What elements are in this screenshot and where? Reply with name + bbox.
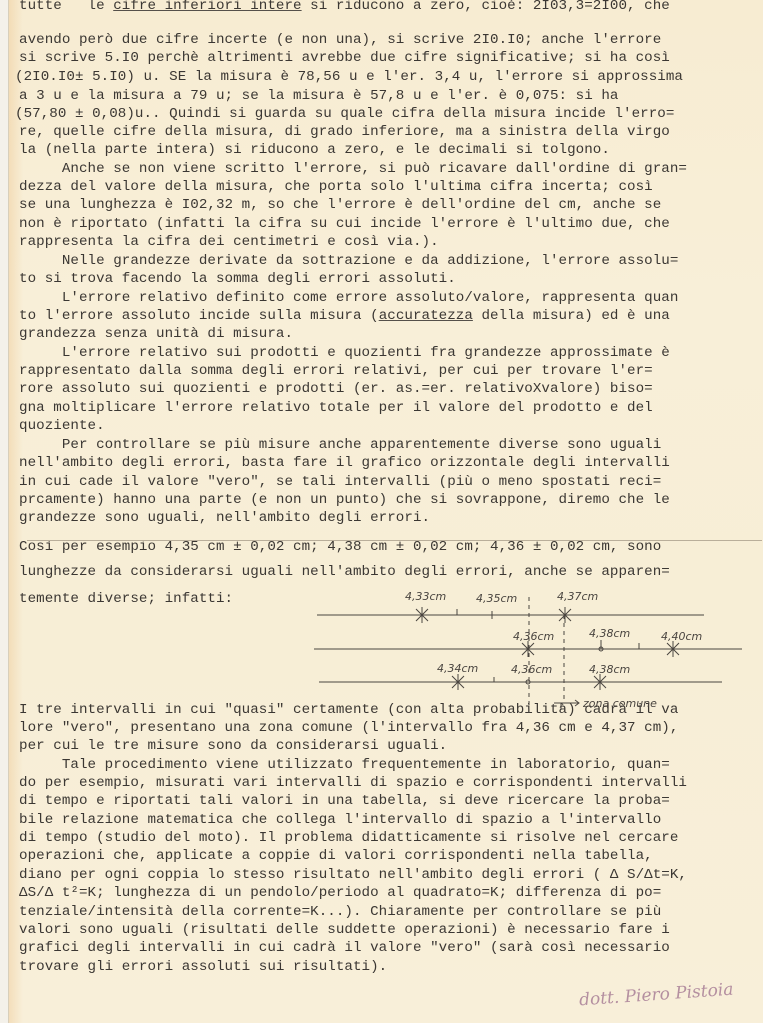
label-4-34: 4,34cm xyxy=(437,662,478,675)
text-line: quoziente. xyxy=(19,418,105,434)
text-line: per cui le tre misure sono da considerar… xyxy=(19,738,447,754)
label-4-40: 4,40cm xyxy=(661,630,702,643)
underlined-text: accuratezza xyxy=(379,308,473,324)
text-line: Per controllare se più misure anche appa… xyxy=(19,437,661,453)
text-line: re, quelle cifre della misura, di grado … xyxy=(19,124,670,140)
text-line: L'errore relativo sui prodotti e quozien… xyxy=(19,345,670,361)
text-line: gna moltiplicare l'errore relativo total… xyxy=(19,400,653,416)
text-line: lunghezze da considerarsi uguali nell'am… xyxy=(19,564,670,580)
text-line: la (nella parte intera) si riducono a ze… xyxy=(19,142,610,158)
text-line: di tempo (studio del moto). Il problema … xyxy=(19,830,678,846)
text-line: L'errore relativo definito come errore a… xyxy=(19,290,678,306)
text-line: rappresenta la cifra dei centimetri e co… xyxy=(19,234,439,250)
signature: dott. Piero Pistoia xyxy=(578,980,734,1011)
label-4-36-row3: 4,36cm xyxy=(511,663,552,676)
label-4-38-row2: 4,38cm xyxy=(589,627,630,640)
text-line: (57,80 ± 0,08)u.. Quindi si guarda su qu… xyxy=(15,106,674,122)
underlined-text: cifre inferiori intere xyxy=(113,0,301,14)
text-line: rappresentato dalla somma degli errori r… xyxy=(19,363,653,379)
text-line: prcamente) hanno una parte (e non un pun… xyxy=(19,492,670,508)
text-line: Così per esempio 4,35 cm ± 0,02 cm; 4,38… xyxy=(19,539,661,555)
text-line: Anche se non viene scritto l'errore, si … xyxy=(19,161,687,177)
label-4-36-row2: 4,36cm xyxy=(513,630,554,643)
text-line: grandezza senza unità di misura. xyxy=(19,326,293,342)
text-line: operazioni che, applicate a coppie di va… xyxy=(19,848,653,864)
text-line: lore "vero", presentano una zona comune … xyxy=(19,720,678,736)
label-4-35: 4,35cm xyxy=(476,592,517,605)
text-line: (2I0.I0± 5.I0) u. SE la misura è 78,56 u… xyxy=(15,69,683,85)
text-line: a 3 u e la misura a 79 u; se la misura è… xyxy=(19,88,618,104)
label-4-33: 4,33cm xyxy=(405,590,446,603)
document-page: tutte le cifre inferiori intere si riduc… xyxy=(8,0,763,1023)
text-line: do per esempio, misurati vari intervalli… xyxy=(19,775,687,791)
text-line: non è riportato (infatti la cifra su cui… xyxy=(19,216,670,232)
text-line: nell'ambito degli errori, basta fare il … xyxy=(19,455,670,471)
text-line: ΔS/Δ t²=K; lunghezza di un pendolo/perio… xyxy=(19,885,661,901)
text-line: se una lunghezza è I02,32 m, so che l'er… xyxy=(19,197,661,213)
label-4-38-row3: 4,38cm xyxy=(589,663,630,676)
text-line: Tale procedimento viene utilizzato frequ… xyxy=(19,757,670,773)
text-line: in cui cade il valore "vero", se tali in… xyxy=(19,474,661,490)
text-line: grandezze sono uguali, nell'ambito degli… xyxy=(19,510,430,526)
text-line: tenziale/intensità della corrente=K...).… xyxy=(19,904,661,920)
text-line: diano per ogni coppia lo stesso risultat… xyxy=(19,867,687,883)
common-zone-label: zona comune xyxy=(582,697,657,710)
text-line: to si trova facendo la somma degli error… xyxy=(19,271,456,287)
text-line: dezza del valore della misura, che porta… xyxy=(19,179,653,195)
text-line: di tempo e riportati tali valori in una … xyxy=(19,793,670,809)
text-line: si scrive 5.I0 perchè altrimenti avrebbe… xyxy=(19,50,670,66)
interval-diagram: 4,33cm 4,35cm 4,37cm 4,36cm 4,38cm 4,40c… xyxy=(309,585,763,715)
label-4-37: 4,37cm xyxy=(557,590,598,603)
text-line: to l'errore assoluto incide sulla misura… xyxy=(19,308,670,324)
text-line: rore assoluto sui quozienti e prodotti (… xyxy=(19,381,653,397)
text-line: trovare gli errori assoluti sui risultat… xyxy=(19,959,387,975)
text-line: Nelle grandezze derivate da sottrazione … xyxy=(19,253,678,269)
text-line: bile relazione matematica che collega l'… xyxy=(19,812,661,828)
text-line: temente diverse; infatti: xyxy=(19,591,233,607)
text-line: tutte le cifre inferiori intere si riduc… xyxy=(19,0,670,14)
text-line: avendo però due cifre incerte (e non una… xyxy=(19,32,661,48)
text-line: valori sono uguali (risultati delle sudd… xyxy=(19,922,670,938)
text-line: grafici degli intervalli in cui cadrà il… xyxy=(19,940,670,956)
section-divider xyxy=(27,540,762,541)
